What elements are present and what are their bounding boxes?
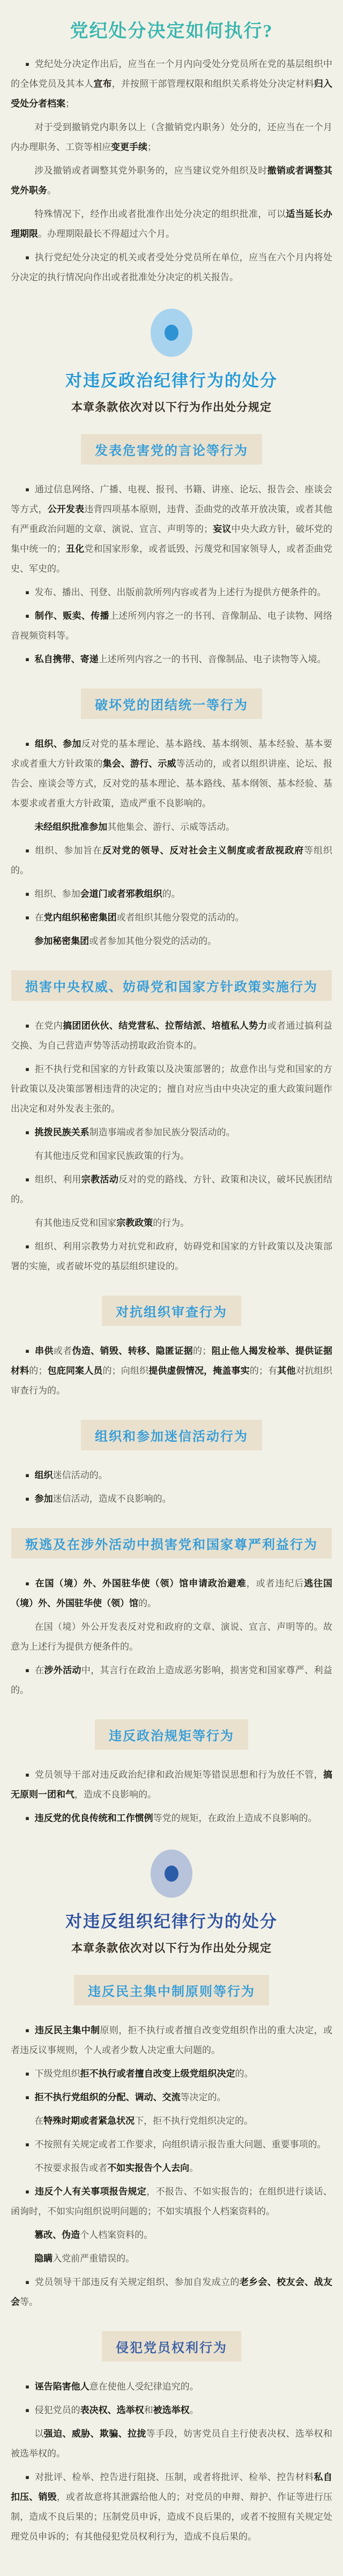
- text-run: 特殊情况下，经作出或者批准作出处分决定的组织批准，可以: [34, 209, 286, 219]
- body-paragraph: ▪不按照有关规定或者工作要求，向组织请示报告重大问题、重要事项的。: [11, 2135, 332, 2154]
- text-run: 执行党纪处分决定的机关或者受处分党员所在单位，应当在六个月内将处分决定的执行情况…: [11, 252, 332, 282]
- category-header: 破坏党的团结统一等行为: [81, 688, 262, 719]
- text-run: 不按要求报告或者: [34, 2163, 107, 2173]
- body-paragraph: ▪违反党的优良传统和工作惯例等党的规矩，在政治上造成不良影响的。: [11, 1808, 332, 1828]
- text-run: 的；: [193, 1346, 211, 1356]
- text-run: ；: [65, 99, 74, 109]
- bullet-square-icon: ▪: [25, 612, 29, 619]
- bullet-square-icon: ▪: [25, 1667, 29, 1674]
- category-header: 侵犯党员权利行为: [102, 2331, 241, 2362]
- body-paragraph: ▪下级党组织拒不执行或者擅自改变上级党组织决定的。: [11, 2064, 332, 2084]
- body-paragraph: 涉及撤销或者调整其党外职务的，应当建议党外组织及时撤销或者调整其党外职务。: [11, 161, 332, 200]
- emphasis-text: 搞团团伙伙、结党营私、拉帮结派、培植私人势力: [63, 1021, 267, 1031]
- emphasis-text: 其他: [277, 1366, 295, 1376]
- emphasis-text: 涉外活动: [44, 1665, 81, 1675]
- body-paragraph: ▪组织迷信活动的。: [11, 1465, 332, 1485]
- body-paragraph: ▪参加迷信活动，造成不良影响的。: [11, 1489, 332, 1509]
- text-run: 有其他违反党和国家民族政策的行为。: [34, 1151, 189, 1161]
- body-paragraph: ▪侵犯党员的表决权、选举权和被选举权。: [11, 2400, 332, 2420]
- body-paragraph: ▪党员领导干部违反有关规定组织、参加自发成立的老乡会、校友会、战友会等。: [11, 2272, 332, 2312]
- emphasis-text: 公开发表: [48, 504, 85, 514]
- text-run: 有其他违反党和国家: [34, 1218, 116, 1228]
- emphasis-text: 隐瞒: [34, 2253, 53, 2264]
- bullet-square-icon: ▪: [25, 1066, 29, 1073]
- text-run: 组织、参加: [35, 889, 80, 899]
- emphasis-text: 组织: [35, 1470, 53, 1480]
- text-run: 等党的规矩，在政治上造成不良影响的。: [153, 1813, 317, 1823]
- bullet-square-icon: ▪: [25, 1022, 29, 1029]
- text-run: 侵犯党员的: [35, 2405, 80, 2415]
- text-run: 的；: [29, 1366, 47, 1376]
- text-run: 的。: [162, 889, 181, 899]
- body-paragraph: 在国（境）外公开发表反对党和政府的文章、演说、宣言、声明等的。故意为上述行为提供…: [11, 1617, 332, 1657]
- bullet-square-icon: ▪: [25, 890, 29, 897]
- body-paragraph: ▪在党内组织秘密集团或者组织其他分裂党的活动的。: [11, 908, 332, 927]
- emphasis-text: 包庇同案人员: [47, 1366, 102, 1376]
- text-run: 迷信活动的。: [53, 1470, 108, 1480]
- text-run: 制造事端或者参加民族分裂活动的。: [90, 1127, 235, 1137]
- emphasis-text: 宗教活动: [81, 1174, 118, 1185]
- bullet-square-icon: ▪: [25, 2407, 29, 2414]
- text-run: 组织、参加旨在: [35, 845, 102, 856]
- bullet-square-icon: ▪: [25, 486, 29, 493]
- body-paragraph: ▪在党内搞团团伙伙、结党营私、拉帮结派、培植私人势力或者通过搞利益交换、为自己营…: [11, 1016, 332, 1055]
- body-paragraph: ▪拒不执行党组织的分配、调动、交流等决定的。: [11, 2087, 332, 2107]
- text-run: 党员领导干部对违反政治纪律和政治规矩等错误思想和行为放任不管，: [35, 1770, 323, 1780]
- emphasis-text: 串供: [35, 1346, 54, 1356]
- text-run: 发布、播出、刊登、出版前款所列内容或者为上述行为提供方便条件的。: [35, 587, 326, 597]
- emphasis-text: 提供虚假情况，掩盖事实: [148, 1366, 250, 1376]
- category-header: 组织和参加迷信活动行为: [81, 1420, 262, 1450]
- emphasis-text: 宣布: [93, 79, 111, 89]
- bullet-square-icon: ▪: [25, 2070, 29, 2077]
- emphasis-text: 被选举权: [153, 2405, 190, 2415]
- body-paragraph: ▪诬告陷害他人意在使他人受纪律追究的。: [11, 2377, 332, 2397]
- organizational-discipline-section-divider-icon: [11, 1849, 332, 1900]
- body-paragraph: ▪组织、参加旨在反对党的领导、反对社会主义制度或者敌视政府等组织的。: [11, 841, 332, 880]
- political-discipline-section-divider-icon: [11, 309, 332, 360]
- text-run: 其他集会、游行、示威等活动。: [107, 822, 235, 832]
- bullet-square-icon: ▪: [25, 1176, 29, 1183]
- body-paragraph: ▪发布、播出、刊登、出版前款所列内容或者为上述行为提供方便条件的。: [11, 582, 332, 602]
- circle-icon: [151, 1849, 192, 1898]
- text-run: 的；有: [250, 1366, 277, 1376]
- emphasis-text: 强迫、威胁、欺骗、拉拢: [44, 2429, 146, 2439]
- text-run: 或者参加其他分裂党的活动的。: [89, 936, 217, 946]
- text-run: 在: [34, 2116, 43, 2126]
- body-paragraph: ▪在国（境）外、外国驻华使（领）馆申请政治避难，或者违纪后逃往国（境）外、外国驻…: [11, 1574, 332, 1613]
- text-run: 对批评、检举、控告进行阻挠、压制，或者将批评、检举、控告材料: [35, 2472, 314, 2482]
- bullet-square-icon: ▪: [25, 847, 29, 854]
- body-paragraph: ▪执行党纪处分决定的机关或者受处分党员所在单位，应当在六个月内将处分决定的执行情…: [11, 248, 332, 287]
- section-title: 对违反政治纪律行为的处分: [11, 367, 332, 391]
- body-paragraph: ▪拒不执行党和国家的方针政策以及决策部署的；故意作出与党和国家的方针政策以及决策…: [11, 1059, 332, 1119]
- category-header: 违反政治规矩等行为: [95, 1719, 248, 1750]
- bullet-square-icon: ▪: [25, 1815, 29, 1822]
- body-paragraph: ▪组织、参加会道门或者邪教组织的。: [11, 884, 332, 904]
- text-run: 以: [34, 2429, 43, 2439]
- bullet-square-icon: ▪: [25, 2279, 29, 2286]
- body-paragraph: ▪违反个人有关事项报告规定，不报告、不如实报告的；在组织进行谈话、函询时，不如实…: [11, 2182, 332, 2221]
- text-run: 和: [144, 2405, 153, 2415]
- category-header: 损害中央权威、妨碍党和国家方针政策实施行为: [11, 970, 332, 1001]
- circle-dot-icon: [165, 325, 178, 341]
- text-run: 组织、利用: [35, 1174, 81, 1185]
- text-run: 在: [35, 912, 44, 923]
- body-paragraph: ▪违反民主集中制原则，拒不执行或者擅自改变党组织作出的重大决定，或者违反议事规则…: [11, 2020, 332, 2060]
- body-paragraph: 不按要求报告或者不如实报告个人去向。: [11, 2158, 332, 2178]
- text-run: 等。: [20, 2297, 38, 2307]
- bullet-square-icon: ▪: [25, 656, 29, 663]
- article: 党纪处分决定如何执行?▪党纪处分决定作出后，应当在一个月内向受处分党员所在党的基…: [0, 0, 343, 2576]
- emphasis-text: 违反党的优良传统和工作惯例: [35, 1813, 153, 1823]
- body-paragraph: ▪组织、参加反对党的基本理论、基本路线、基本纲领、基本经验、基本要求或者重大方针…: [11, 734, 332, 813]
- emphasis-text: 妄议: [213, 524, 231, 534]
- body-paragraph: 以强迫、威胁、欺骗、拉拢等手段，妨害党员自主行使表决权、选举权和被选举权的。: [11, 2424, 332, 2463]
- text-run: 个人档案资料的。: [80, 2230, 153, 2240]
- emphasis-text: 挑拨民族关系: [35, 1127, 90, 1137]
- bullet-square-icon: ▪: [25, 61, 29, 68]
- text-run: ；: [147, 142, 156, 152]
- body-paragraph: 参加秘密集团或者参加其他分裂党的活动的。: [11, 931, 332, 951]
- text-run: ，或者故意将其泄露给他人的；对党员的申辩、辩护、作证等进行压制，造成不良后果的；…: [11, 2492, 332, 2542]
- body-paragraph: ▪私自携带、寄递上述所列内容之一的书刊、音像制品、电子读物等入境。: [11, 649, 332, 669]
- emphasis-text: 参加秘密集团: [34, 936, 89, 946]
- text-run: 组织、利用宗教势力对抗党和政府，妨碍党和国家的方针政策以及决策部署的实施，或者破…: [11, 1241, 332, 1271]
- text-run: 。: [47, 185, 56, 196]
- text-run: 下，拒不执行党组织决定的。: [135, 2116, 253, 2126]
- emphasis-text: 篡改、伪造: [34, 2230, 80, 2240]
- text-run: 的。: [138, 1598, 156, 1608]
- bullet-square-icon: ▪: [25, 1580, 29, 1587]
- emphasis-text: 表决权、选举权: [80, 2405, 144, 2415]
- bullet-square-icon: ▪: [25, 1347, 29, 1354]
- body-paragraph: 篡改、伪造个人档案资料的。: [11, 2225, 332, 2245]
- bullet-square-icon: ▪: [25, 740, 29, 747]
- emphasis-text: 违反民主集中制: [35, 2025, 100, 2035]
- text-run: 意在使他人受纪律追究的。: [90, 2382, 199, 2392]
- bullet-square-icon: ▪: [25, 1472, 29, 1479]
- text-run: 或者: [54, 1346, 72, 1356]
- body-paragraph: ▪在涉外活动中，其言行在政治上造成恶劣影响，损害党和国家尊严、利益的。: [11, 1660, 332, 1700]
- body-paragraph: ▪串供或者伪造、销毁、转移、隐匿证据的；阻止他人揭发检举、提供证据材料的；包庇同…: [11, 1341, 332, 1401]
- bullet-square-icon: ▪: [25, 2383, 29, 2390]
- bullet-square-icon: ▪: [25, 2094, 29, 2101]
- body-paragraph: ▪党员领导干部对违反政治纪律和政治规矩等错误思想和行为放任不管，搞无原则一团和气…: [11, 1765, 332, 1804]
- text-run: ，或者违纪后: [247, 1578, 304, 1589]
- body-paragraph: ▪对批评、检举、控告进行阻挠、压制，或者将批评、检举、控告材料私自扣压、销毁，或…: [11, 2467, 332, 2547]
- body-paragraph: 在特殊时期或者紧急状况下，拒不执行党组织决定的。: [11, 2111, 332, 2131]
- bullet-square-icon: ▪: [25, 2474, 29, 2481]
- emphasis-text: 集会、游行、示威: [102, 759, 176, 769]
- body-paragraph: 特殊情况下，经作出或者批准作出处分决定的组织批准，可以适当延长办理期限。办理期限…: [11, 204, 332, 244]
- text-run: 在: [35, 1665, 44, 1675]
- circle-dot-icon: [165, 1866, 178, 1882]
- emphasis-text: 拒不执行党组织的分配、调动、交流: [35, 2092, 181, 2102]
- body-paragraph: 隐瞒入党前严重错误的。: [11, 2249, 332, 2268]
- bullet-square-icon: ▪: [25, 914, 29, 921]
- emphasis-text: 组织、参加: [35, 739, 81, 749]
- section-title: 对违反组织纪律行为的处分: [11, 1908, 332, 1932]
- text-run: 迷信活动，造成不良影响的。: [53, 1494, 171, 1504]
- body-paragraph: ▪组织、利用宗教势力对抗党和政府，妨碍党和国家的方针政策以及决策部署的实施，或者…: [11, 1237, 332, 1276]
- page-title: 党纪处分决定如何执行?: [11, 16, 332, 42]
- body-paragraph: ▪通过信息网络、广播、电视、报刊、书籍、讲座、论坛、报告会、座谈会等方式，公开发…: [11, 480, 332, 579]
- emphasis-text: 私自携带、寄递: [35, 654, 99, 664]
- category-header: 叛逃及在涉外活动中损害党和国家尊严利益行为: [11, 1528, 332, 1559]
- emphasis-text: 宗教政策: [116, 1218, 153, 1228]
- text-run: 。: [189, 2163, 198, 2173]
- text-run: 的行为。: [153, 1218, 189, 1228]
- text-run: 对于受到撤销党内职务以上（含撤销党内职务）处分的，还应当在一个月内办理职务、工资…: [11, 122, 332, 152]
- text-run: 在国（境）外公开发表反对党和政府的文章、演说、宣言、声明等的。故意为上述行为提供…: [11, 1622, 332, 1652]
- text-run: ，并按照干部管理权限和组织关系将处分决定材料: [112, 79, 314, 89]
- text-run: 在党内: [35, 1021, 63, 1031]
- text-run: 的。: [235, 2069, 253, 2079]
- text-run: 下级党组织: [35, 2069, 80, 2079]
- body-paragraph: ▪挑拨民族关系制造事端或者参加民族分裂活动的。: [11, 1122, 332, 1142]
- text-run: 党员领导干部违反有关规定组织、参加自发成立的: [35, 2277, 240, 2287]
- emphasis-text: 丑化: [66, 544, 84, 554]
- text-run: 等决定的。: [181, 2092, 226, 2102]
- text-run: 。办理期限最长不得超过六个月。: [38, 229, 175, 239]
- bullet-square-icon: ▪: [25, 1495, 29, 1502]
- bullet-square-icon: ▪: [25, 2141, 29, 2148]
- emphasis-text: 会道门或者邪教组织: [80, 889, 162, 899]
- emphasis-text: 制作、贩卖、传播: [35, 611, 109, 621]
- emphasis-text: 未经组织批准参加: [34, 822, 107, 832]
- category-header: 对抗组织审查行为: [102, 1296, 241, 1326]
- bullet-square-icon: ▪: [25, 1243, 29, 1250]
- body-paragraph: 对于受到撤销党内职务以上（含撤销党内职务）处分的，还应当在一个月内办理职务、工资…: [11, 117, 332, 157]
- text-run: 涉及撤销或者调整其党外职务的，应当建议党外组织及时: [34, 166, 267, 176]
- text-run: 。: [190, 2405, 199, 2415]
- bullet-square-icon: ▪: [25, 1771, 29, 1778]
- section-subtitle: 本章条款依次对以下行为作出处分规定: [11, 1940, 332, 1956]
- category-header: 违反民主集中制原则等行为: [74, 1975, 269, 2005]
- text-run: ，造成不良影响的。: [74, 1789, 156, 1800]
- body-paragraph: ▪党纪处分决定作出后，应当在一个月内向受处分党员所在党的基层组织中的全体党员及其…: [11, 54, 332, 114]
- emphasis-text: 特殊时期或者紧急状况: [43, 2116, 135, 2126]
- section-subtitle: 本章条款依次对以下行为作出处分规定: [11, 399, 332, 415]
- emphasis-text: 诬告陷害他人: [35, 2382, 90, 2392]
- text-run: 入党前严重错误的。: [53, 2253, 135, 2264]
- text-run: 不按照有关规定或者工作要求，向组织请示报告重大问题、重要事项的。: [35, 2139, 326, 2150]
- bullet-square-icon: ▪: [25, 1129, 29, 1136]
- body-paragraph: ▪制作、贩卖、传播上述所列内容之一的书刊、音像制品、电子读物、网络音视频资料等。: [11, 606, 332, 646]
- category-header: 发表危害党的言论等行为: [81, 434, 262, 465]
- text-run: 的；向组织: [102, 1366, 148, 1376]
- bullet-square-icon: ▪: [25, 2027, 29, 2034]
- body-paragraph: ▪组织、利用宗教活动反对的党的路线、方针、政策和决议，破坏民族团结的。: [11, 1170, 332, 1209]
- emphasis-text: 参加: [35, 1494, 53, 1504]
- text-run: 拒不执行党和国家的方针政策以及决策部署的；故意作出与党和国家的方针政策以及决策部…: [11, 1064, 332, 1114]
- bullet-square-icon: ▪: [25, 254, 29, 261]
- emphasis-text: 党内组织秘密集团: [44, 912, 117, 923]
- emphasis-text: 变更手续: [111, 142, 147, 152]
- emphasis-text: 违反个人有关事项报告规定: [35, 2186, 146, 2197]
- body-paragraph: 有其他违反党和国家宗教政策的行为。: [11, 1213, 332, 1233]
- emphasis-text: 反对党的领导、反对社会主义制度或者敌视政府: [102, 845, 304, 856]
- text-run: 上述所列内容之一的书刊、音像制品、电子读物等入境。: [99, 654, 326, 664]
- bullet-square-icon: ▪: [25, 589, 29, 596]
- text-run: 或者组织其他分裂党的活动的。: [117, 912, 244, 923]
- emphasis-text: 在国（境）外、外国驻华使（领）馆申请政治避难: [35, 1578, 247, 1589]
- circle-icon: [151, 309, 192, 357]
- emphasis-text: 伪造、销毁、转移、隐匿证据: [72, 1346, 193, 1356]
- body-paragraph: 未经组织批准参加其他集会、游行、示威等活动。: [11, 817, 332, 837]
- emphasis-text: 不如实报告个人去向: [107, 2163, 189, 2173]
- body-paragraph: 有其他违反党和国家民族政策的行为。: [11, 1146, 332, 1166]
- bullet-square-icon: ▪: [25, 2188, 29, 2195]
- emphasis-text: 拒不执行或者擅自改变上级党组织决定: [80, 2069, 235, 2079]
